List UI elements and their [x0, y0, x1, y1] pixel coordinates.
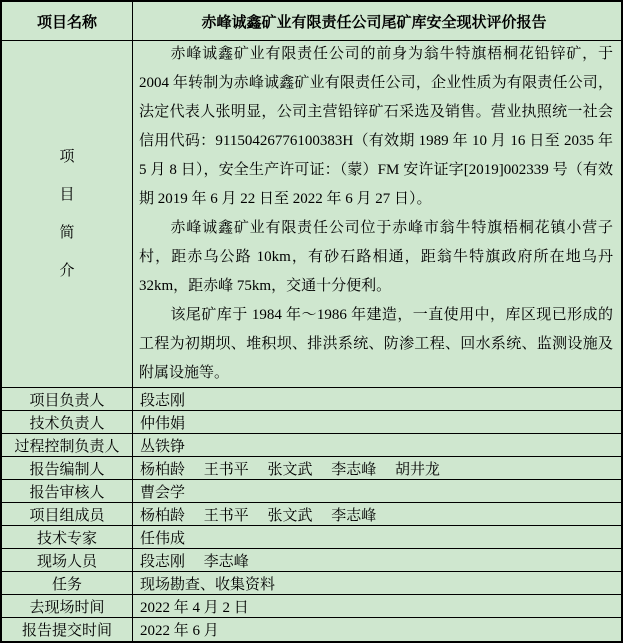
row-value: 杨柏龄 王书平 张文武 李志峰 — [133, 503, 621, 526]
row-value: 2022 年 4 月 2 日 — [133, 595, 621, 618]
intro-paragraph-location: 赤峰诚鑫矿业有限责任公司位于赤峰市翁牛特旗梧桐花镇小营子村，距赤乌公路 10km… — [139, 214, 613, 301]
project-title: 赤峰诚鑫矿业有限责任公司尾矿库安全现状评价报告 — [133, 2, 621, 41]
row-value: 段志刚 — [133, 388, 621, 411]
row-value: 仲伟娟 — [133, 411, 621, 434]
row-value: 现场勘查、收集资料 — [133, 572, 621, 595]
row-label: 项目负责人 — [2, 388, 133, 411]
row-value: 杨柏龄 王书平 张文武 李志峰 胡井龙 — [133, 457, 621, 480]
row-label: 现场人员 — [2, 549, 133, 572]
row-label: 去现场时间 — [2, 595, 133, 618]
intro-paragraph-history: 赤峰诚鑫矿业有限责任公司的前身为翁牛特旗梧桐花铅锌矿，于 2004 年转制为赤峰… — [139, 41, 613, 214]
row-label: 技术专家 — [2, 526, 133, 549]
row-value: 任伟成 — [133, 526, 621, 549]
row-label: 技术负责人 — [2, 411, 133, 434]
row-label: 过程控制负责人 — [2, 434, 133, 457]
row-label: 项目组成员 — [2, 503, 133, 526]
row-value: 段志刚 李志峰 — [133, 549, 621, 572]
row-label: 报告提交时间 — [2, 618, 133, 641]
row-value: 曹会学 — [133, 480, 621, 503]
row-value: 2022 年 6 月 — [133, 618, 621, 641]
row-value: 丛铁铮 — [133, 434, 621, 457]
project-info-table: 项目名称 赤峰诚鑫矿业有限责任公司尾矿库安全现状评价报告 项 目 简 介 赤峰诚… — [0, 0, 623, 643]
row-label: 报告审核人 — [2, 480, 133, 503]
intro-paragraph-facility: 该尾矿库于 1984 年～1986 年建造，一直使用中，库区现已形成的工程为初期… — [139, 301, 613, 388]
project-name-label: 项目名称 — [2, 2, 133, 41]
project-intro-label: 项 目 简 介 — [2, 41, 133, 388]
row-label: 任务 — [2, 572, 133, 595]
project-intro-text: 赤峰诚鑫矿业有限责任公司的前身为翁牛特旗梧桐花铅锌矿，于 2004 年转制为赤峰… — [133, 41, 621, 388]
row-label: 报告编制人 — [2, 457, 133, 480]
